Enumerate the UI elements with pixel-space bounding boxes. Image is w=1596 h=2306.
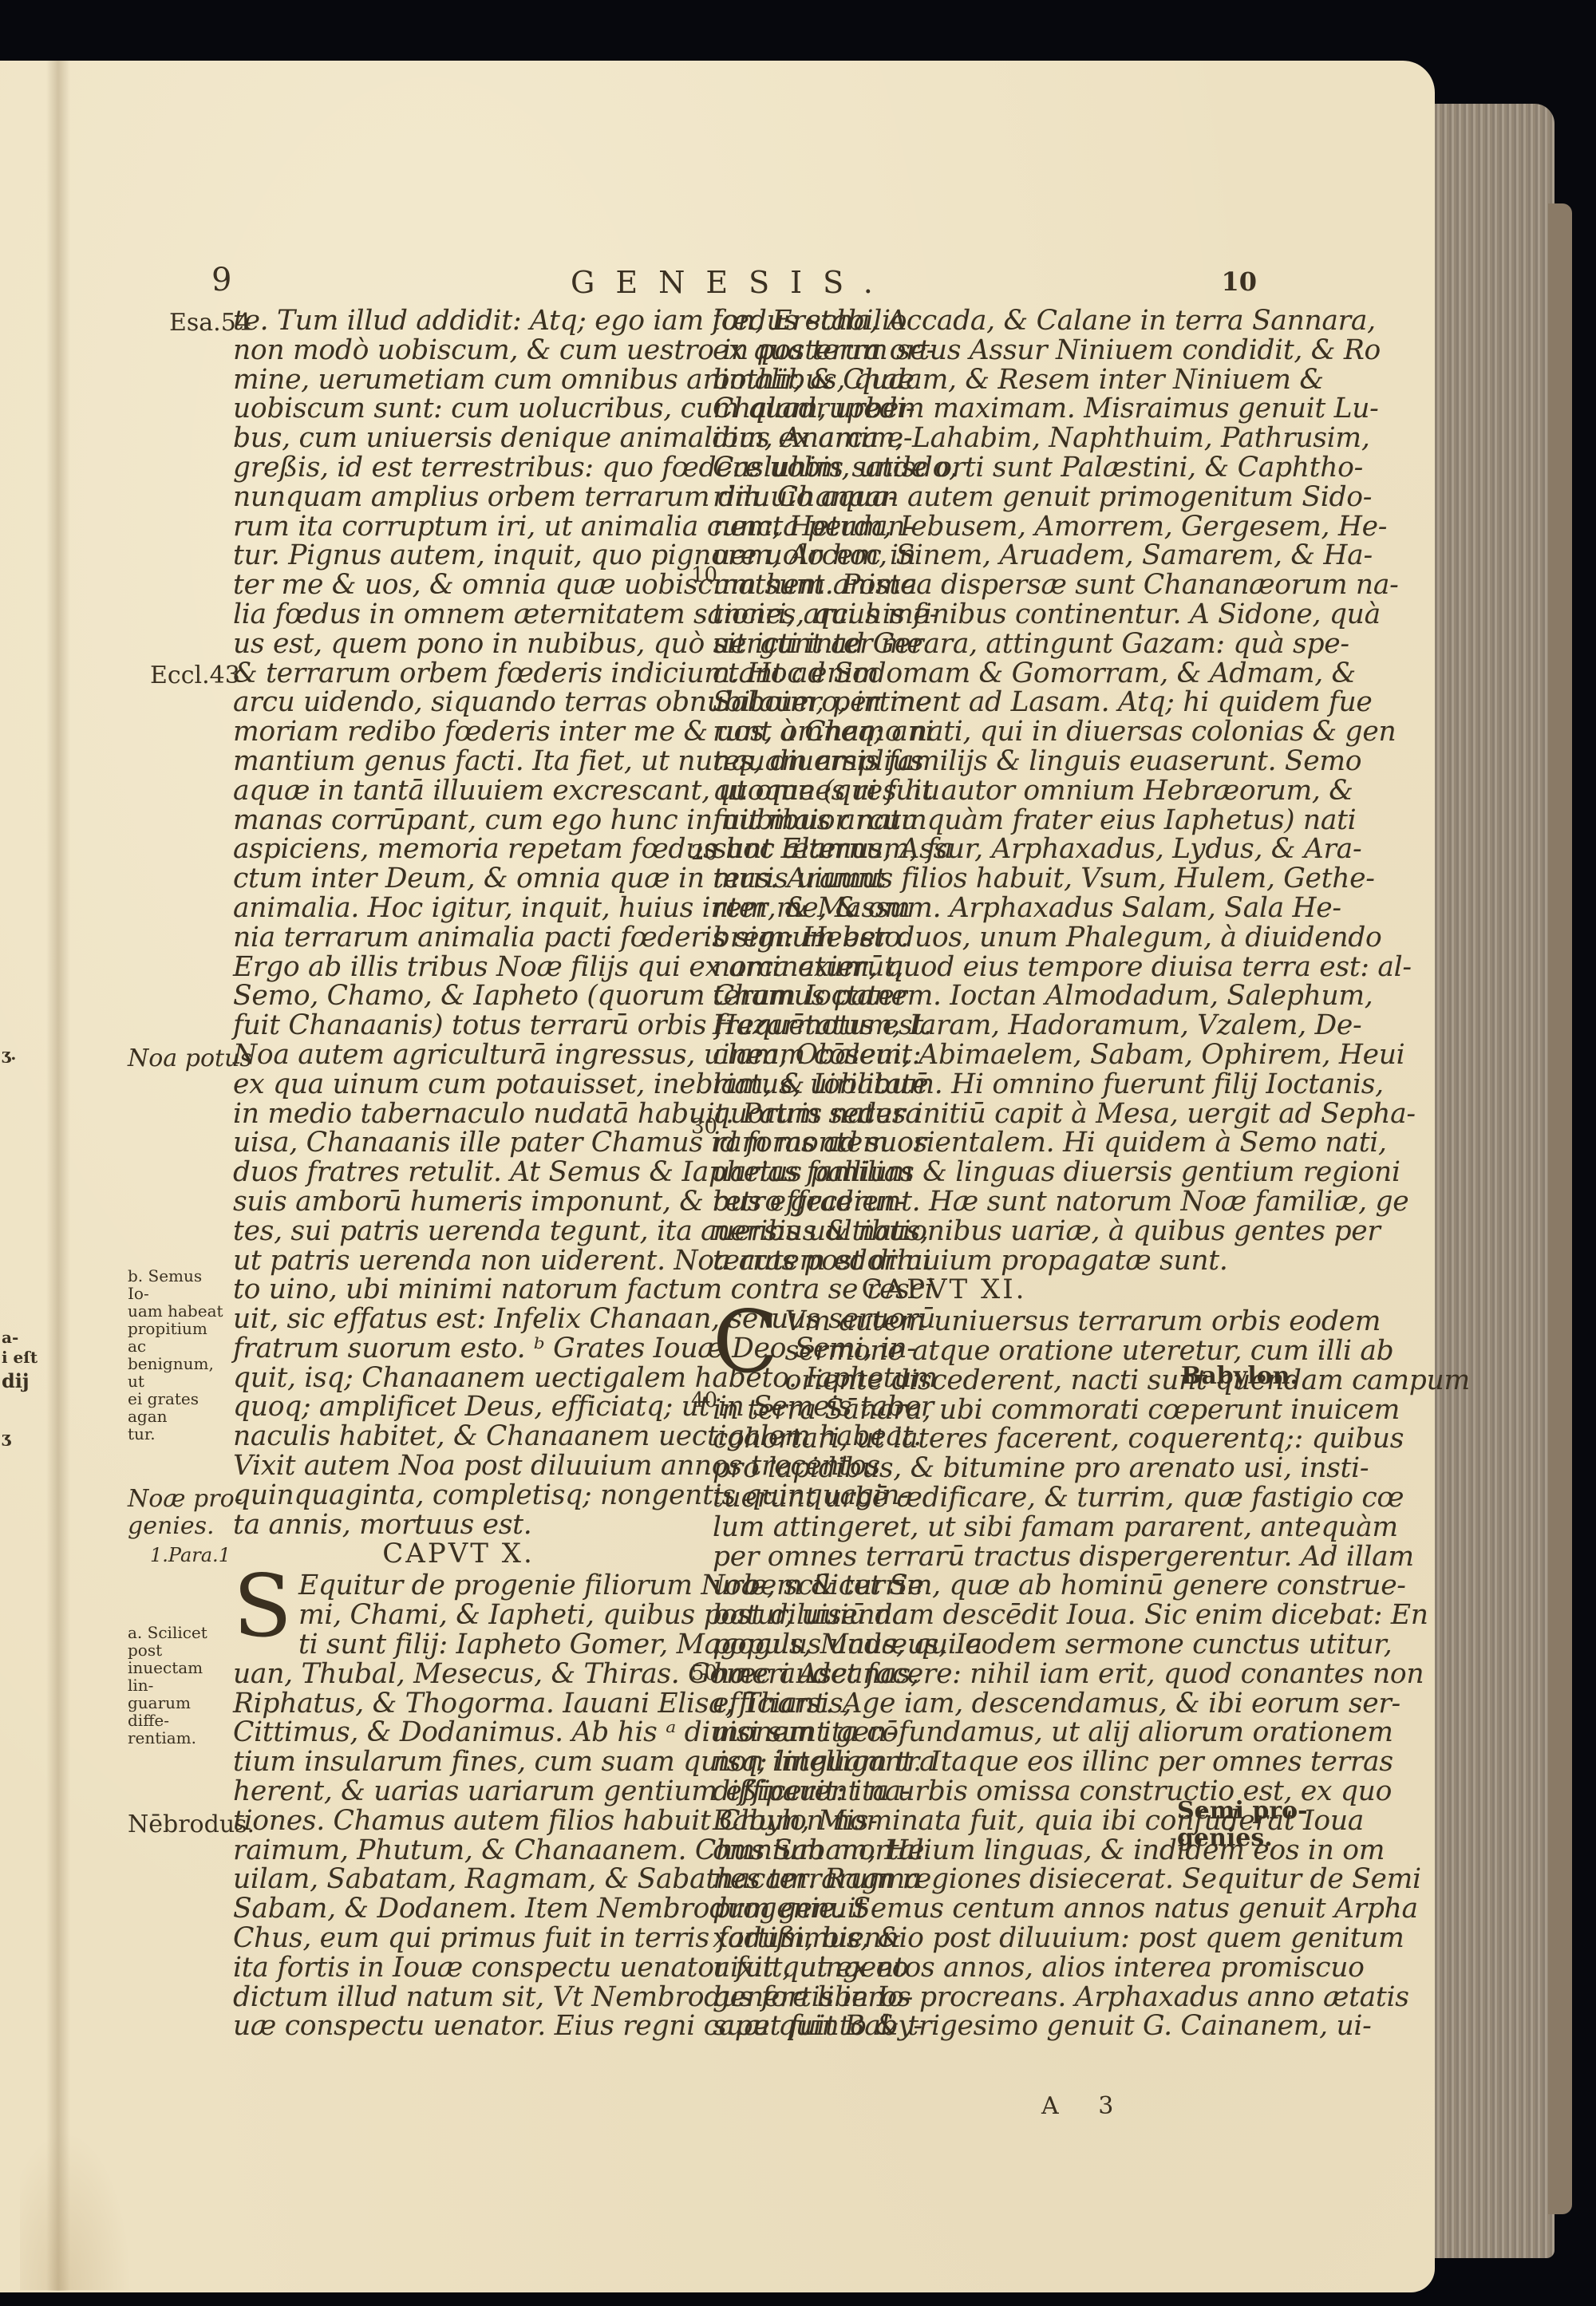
line-number: 20 [691,841,717,865]
text-line: nes terrarum regiones disiecerat. Sequit… [713,1865,1175,1894]
text-line: sermone atque oratione uteretur, cum ill… [713,1337,1175,1366]
text-line: lon, Erecha, Accada, & Calane in terra S… [713,306,1175,336]
text-line: Noa autem agriculturā ingressus, uineam … [233,1040,684,1070]
text-line: greßis, id est terrestribus: quo fœdere … [233,453,684,483]
text-line: runt à Chamo nati, qui in diuersas colon… [713,717,1175,747]
margin-note-noae-progenies: Noæ pro- genies. [128,1486,243,1540]
note-line: Semi pro- [1177,1798,1308,1825]
text-line: fuit Chanaanis) totus terrarū orbis freq… [233,1011,684,1040]
text-line: Chus, eum qui primus fuit in terris fort… [233,1924,684,1953]
margin-note-esa: Esa.54 [169,310,251,337]
drop-cap: S [233,1573,292,1641]
drop-cap: C [713,1309,779,1377]
text-line: Semo, Chamo, & Iapheto (quorum Chamus pa… [233,981,684,1011]
right-text-column: lon, Erecha, Accada, & Calane in terra S… [713,306,1175,2041]
prev-page-fragment: ʒ. [2,1045,16,1063]
text-line: ita fortis in Iouæ conspectu uenator fui… [233,1953,684,1983]
note-line: benignum, ut [128,1355,227,1390]
margin-note-babylon: Babylon. [1181,1363,1298,1390]
text-line: Sabam, & Dodanem. Item Nembrodum genuit [233,1894,684,1924]
text-line: arcu uidendo, siquando terras obnubilaue… [233,688,684,717]
text-line: dißipauit: ita urbis omissa constructio … [713,1777,1175,1806]
text-line: mantium genus facti. Ita fiet, ut nunqua… [233,747,684,776]
page-gutter-shadow [46,61,70,2291]
text-line: Babylon nominata fuit, quia ibi confuder… [713,1806,1175,1836]
note-line: a. Scilicet post [128,1624,231,1659]
text-line: Vixit autem Noa post diluuium annos trec… [233,1451,684,1481]
page-header: 9 GENESIS. 10 [211,262,1257,302]
text-line: terum Ioctanem. Ioctan Almodadum, Saleph… [713,981,1175,1011]
text-line: populus unus, qui eodem sermone cunctus … [713,1630,1175,1660]
book-fore-edge [1435,104,1555,2258]
text-line: herent, & uarias uariarum gentium effice… [233,1777,684,1806]
text-line: lia fœdus in omnem æternitatem sanciri, … [233,600,684,630]
text-line: ut patris uerenda non uiderent. Noa aute… [233,1246,684,1276]
prev-page-fragment: i eſt [2,1348,38,1366]
chapter-heading-x: CAPVT X. [233,1539,684,1571]
text-line: in medio tabernaculo nudatā habuit. Patr… [233,1100,684,1129]
text-line: in terra Sānara, ubi commorati cœperunt … [713,1396,1175,1425]
text-line: quorum sedes initiū capit à Mesa, uergit… [713,1100,1175,1129]
text-line: manas corrūpant, cum ego hunc in nubibus… [233,806,684,835]
note-line: genies. [128,1513,243,1540]
text-line: ex qua uinum cum potauisset, inebriatus,… [233,1070,684,1100]
text-line: dictum illud natum sit, Vt Nembrodus for… [233,1983,684,2012]
text-line: to uino, ubi minimi natorum factum contr… [233,1275,684,1305]
text-line: uan, Thubal, Mesecus, & Thiras. Gomeri A… [233,1660,684,1689]
text-line: nominatum, quod eius tempore diuisa terr… [713,953,1175,982]
text-line: Vm autem uniuersus terrarum orbis eodem [713,1307,1175,1337]
text-line: Riphatus, & Thogorma. Iauani Elisa, Thar… [233,1689,684,1719]
margin-note-nebrodus: Nēbrodus. [128,1811,255,1838]
text-line: quoque (qui fuit autor omnium Hebræorum,… [713,776,1175,806]
text-line: sunt Elamus, Assur, Arphaxadus, Lydus, &… [713,835,1175,864]
text-line: ti sunt filij: Iapheto Gomer, Magogus, M… [233,1630,684,1660]
text-line: moriam redibo fœderis inter me & uos, om… [233,717,684,747]
text-line: tiones, qui his finibus continentur. A S… [713,600,1175,630]
note-line: propitium ac [128,1320,227,1355]
text-line: uisa, Chanaanis ille pater Chamus id for… [233,1128,684,1158]
text-line: lam, & Iobabum. Hi omnino fuerunt filij … [713,1070,1175,1100]
text-line: nunquam amplius orbem terrarum diluuio a… [233,483,684,512]
text-line: ex qua terra ortus Assur Niniuem condidi… [713,336,1175,365]
folio-number-right: 10 [1221,267,1257,297]
text-line: raimum, Phutum, & Chanaanem. Chus Sabam,… [233,1836,684,1866]
text-line: bus, cum uniuersis denique animalibus ex… [233,424,684,453]
margin-note-para: 1.Para.1 [150,1542,231,1569]
text-line: pro lapidibus, & bitumine pro arenato us… [713,1454,1175,1483]
running-title: GENESIS. [571,265,894,300]
text-line: Casluhim, unde orti sunt Palæstini, & Ca… [713,453,1175,483]
text-line: rum ita corruptum iri, ut animalia cunct… [233,512,684,542]
folio-number-left: 9 [211,262,231,298]
line-number: 30 [691,1115,717,1139]
text-line: omnium mortalium linguas, & indidem eos … [713,1836,1175,1866]
text-line: tes, sui patris uerenda tegunt, ita auer… [233,1217,684,1246]
note-line: b. Semus Io- [128,1267,227,1302]
text-line: mine, uerumetiam cum omnibus animalibus,… [233,365,684,395]
text-line: hæc audet facere: nihil iam erit, quod c… [713,1660,1175,1689]
text-line: uobiscum sunt: cum uolucribus, cum quadr… [233,394,684,424]
text-line: te. Tum illud addidit: Atq; ego iam fœdu… [233,306,684,336]
text-line: monem ita cōfundamus, ut alij aliorum or… [713,1718,1175,1747]
signature-mark: A 3 [1041,2092,1129,2120]
text-line: non intelligant. Itaque eos illinc per o… [713,1747,1175,1777]
text-line: lum attingeret, ut sibi famam pararent, … [713,1513,1175,1542]
margin-note-a: a. Scilicet post inuectam lin- guarum di… [128,1624,231,1747]
note-line: genies. [1177,1825,1308,1852]
text-line: ctant ad Sodomam & Gomorram, & Admam, & [713,659,1175,689]
text-line: mi, Chami, & Iapheti, quibus post diluui… [233,1601,684,1630]
text-line: aquæ in tantā illuuiem excrescant, ut om… [233,776,684,806]
text-line: fratrum suorum esto. ᵇ Grates Iouæ Deo S… [233,1334,684,1364]
text-line: & terrarum orbem fœderis indicium. Hoc e… [233,659,684,689]
note-line: guarum diffe- [128,1694,231,1729]
text-line: bothir, & Chalam, & Resem inter Niniuem … [713,365,1175,395]
text-line: non modò uobiscum, & cum uestro in poste… [233,336,684,365]
text-line: suis amborū humeris imponunt, & retro gr… [233,1187,684,1217]
book-cover-edge [1548,203,1572,2214]
text-line: naculis habitet, & Chanaanem uectigalem … [233,1422,684,1451]
text-line: uem, Arcem, Sinem, Aruadem, Samarem, & H… [713,541,1175,571]
text-line: terras post diluuium propagatæ sunt. [713,1246,1175,1276]
text-line: tium insularum fines, cum suam quisq; li… [233,1747,684,1777]
note-line: ei grates agan [128,1390,227,1425]
note-line: rentiam. [128,1729,231,1747]
text-line: Cittimus, & Dodanimus. Ab his ᵃ diuisi s… [233,1718,684,1747]
line-number: 10 [691,563,717,587]
text-line: ta annis, mortuus est. [233,1510,684,1540]
note-line: uam habeat [128,1302,227,1320]
text-line: progenie. Semus centum annos natus genui… [713,1894,1175,1924]
text-line: uilam, Sabatam, Ragmam, & Sabathacam. Ra… [233,1865,684,1894]
text-line: batur, uisendam descēdit Ioua. Sic enim … [713,1601,1175,1630]
text-line: rim. Chanaan autem genuit primogenitum S… [713,483,1175,512]
text-line: us est, quem pono in nubibus, quò sit ic… [233,630,684,659]
text-line: clam, Obalem, Abimaelem, Sabam, Ophirem,… [713,1040,1175,1070]
margin-note-noa-potus: Noa potus [128,1045,252,1072]
text-line: ter me & uos, & omnia quæ uobiscum sunt … [233,571,684,600]
line-number: 40 [691,1388,717,1412]
text-line: cohortari, ut lateres facerent, coqueren… [713,1424,1175,1454]
text-line: ram montem orientalem. Hi quidem à Semo … [713,1128,1175,1158]
prev-page-fragment: dij [2,1372,30,1390]
text-line: uæ conspectu uenator. Eius regni caput f… [233,2012,684,2041]
text-line: rem, & Massum. Arphaxadus Salam, Sala He… [713,894,1175,923]
chapter-x-body: S Equitur de progenie filiorum Noæ, scil… [233,1571,684,2041]
text-line: quinquaginta, completisq; nongentis quin… [233,1481,684,1510]
note-line: Noæ pro- [128,1486,243,1513]
text-line: uergunt ad Gerara, attingunt Gazam: quà … [713,630,1175,659]
text-line: fuit maior natu quàm frater eius Iaphetu… [713,806,1175,835]
text-line: nia terrarum animalia pacti fœderis sign… [233,923,684,953]
margin-note-eccl: Eccl.43 [150,662,240,689]
text-line: xadum, biennio post diluuium: post quem … [713,1924,1175,1953]
prev-page-fragment: a- [2,1329,18,1346]
text-line: Saboim, pertinent ad Lasam. Atq; hi quid… [713,688,1175,717]
text-line: brem: Heber duos, unum Phalegum, à diuid… [713,923,1175,953]
text-line: Equitur de progenie filiorum Noæ, scilic… [233,1571,684,1601]
text-line: Hazarmotum, Iaram, Hadoramum, Vzalem, De… [713,1011,1175,1040]
text-line: mus. Aramus filios habuit, Vsum, Hulem, … [713,864,1175,894]
margin-note-b: b. Semus Io- uam habeat propitium ac ben… [128,1267,227,1443]
chapter-heading-xi: CAPVT XI. [713,1275,1175,1307]
note-line: tur. [128,1425,227,1443]
text-line: ctum inter Deum, & omnia quæ in terris u… [233,864,684,894]
text-line: mathem. Postea dispersæ sunt Chananæorum… [713,571,1175,600]
text-line: uit, sic effatus est: Infelix Chanaan, s… [233,1305,684,1334]
text-line: efficiant. Age iam, descendamus, & ibi e… [713,1689,1175,1719]
text-line: animalia. Hoc igitur, inquit, huius inte… [233,894,684,923]
text-line: per omnes terrarū tractus dispergerentur… [713,1542,1175,1572]
text-line: uarias familias & linguas diuersis genti… [713,1158,1175,1187]
text-line: bus effecerunt. Hæ sunt natorum Noæ fami… [713,1187,1175,1217]
text-line: tuerunt urbē ædificare, & turrim, quæ fa… [713,1483,1175,1513]
text-line: Chalam, urbem maximam. Misraimus genuit … [713,394,1175,424]
text-line: Ergo ab illis tribus Noæ filijs qui ex a… [233,953,684,982]
chapter-xi-body: C Vm autem uniuersus terrarum orbis eode… [713,1307,1175,2041]
text-line: neribus & nationibus uariæ, à quibus gen… [713,1217,1175,1246]
prev-page-fragment: ʒ [2,1428,10,1446]
note-line: inuectam lin- [128,1659,231,1694]
text-line: urbem & turrim, quæ ab hominū genere con… [713,1571,1175,1601]
text-line: tiones. Chamus autem filios habuit Chum,… [233,1806,684,1836]
text-line: dim, Anamim, Lahabim, Naphthuim, Pathrus… [713,424,1175,453]
text-line: suæ quinto & trigesimo genuit G. Cainane… [713,2012,1175,2041]
text-line: nem, Hetum, Iebusem, Amorrem, Gergesem, … [713,512,1175,542]
text-line: duos fratres retulit. At Semus & Iaphetu… [233,1158,684,1187]
text-line: oriente discederent, nacti sunt quendam … [713,1366,1175,1396]
text-line: tur. Pignus autem, inquit, quo pignore u… [233,541,684,571]
text-line: uixit quingentos annos, alios interea pr… [713,1953,1175,1983]
line-number: 50 [691,1661,717,1685]
water-stain [20,2130,132,2290]
text-line: genere liberos procreans. Arphaxadus ann… [713,1983,1175,2012]
left-text-column: te. Tum illud addidit: Atq; ego iam fœdu… [233,306,684,2041]
text-line: tes, diuersis familijs & linguis euaseru… [713,747,1175,776]
margin-note-semi-progenies: Semi pro- genies. [1177,1798,1308,1852]
text-line: quit, isq; Chanaanem uectigalem habeto. … [233,1364,684,1393]
text-line: quoq; amplificet Deus, efficiatq; ut in … [233,1392,684,1422]
text-line: aspiciens, memoria repetam fœdus hoc æte… [233,835,684,864]
